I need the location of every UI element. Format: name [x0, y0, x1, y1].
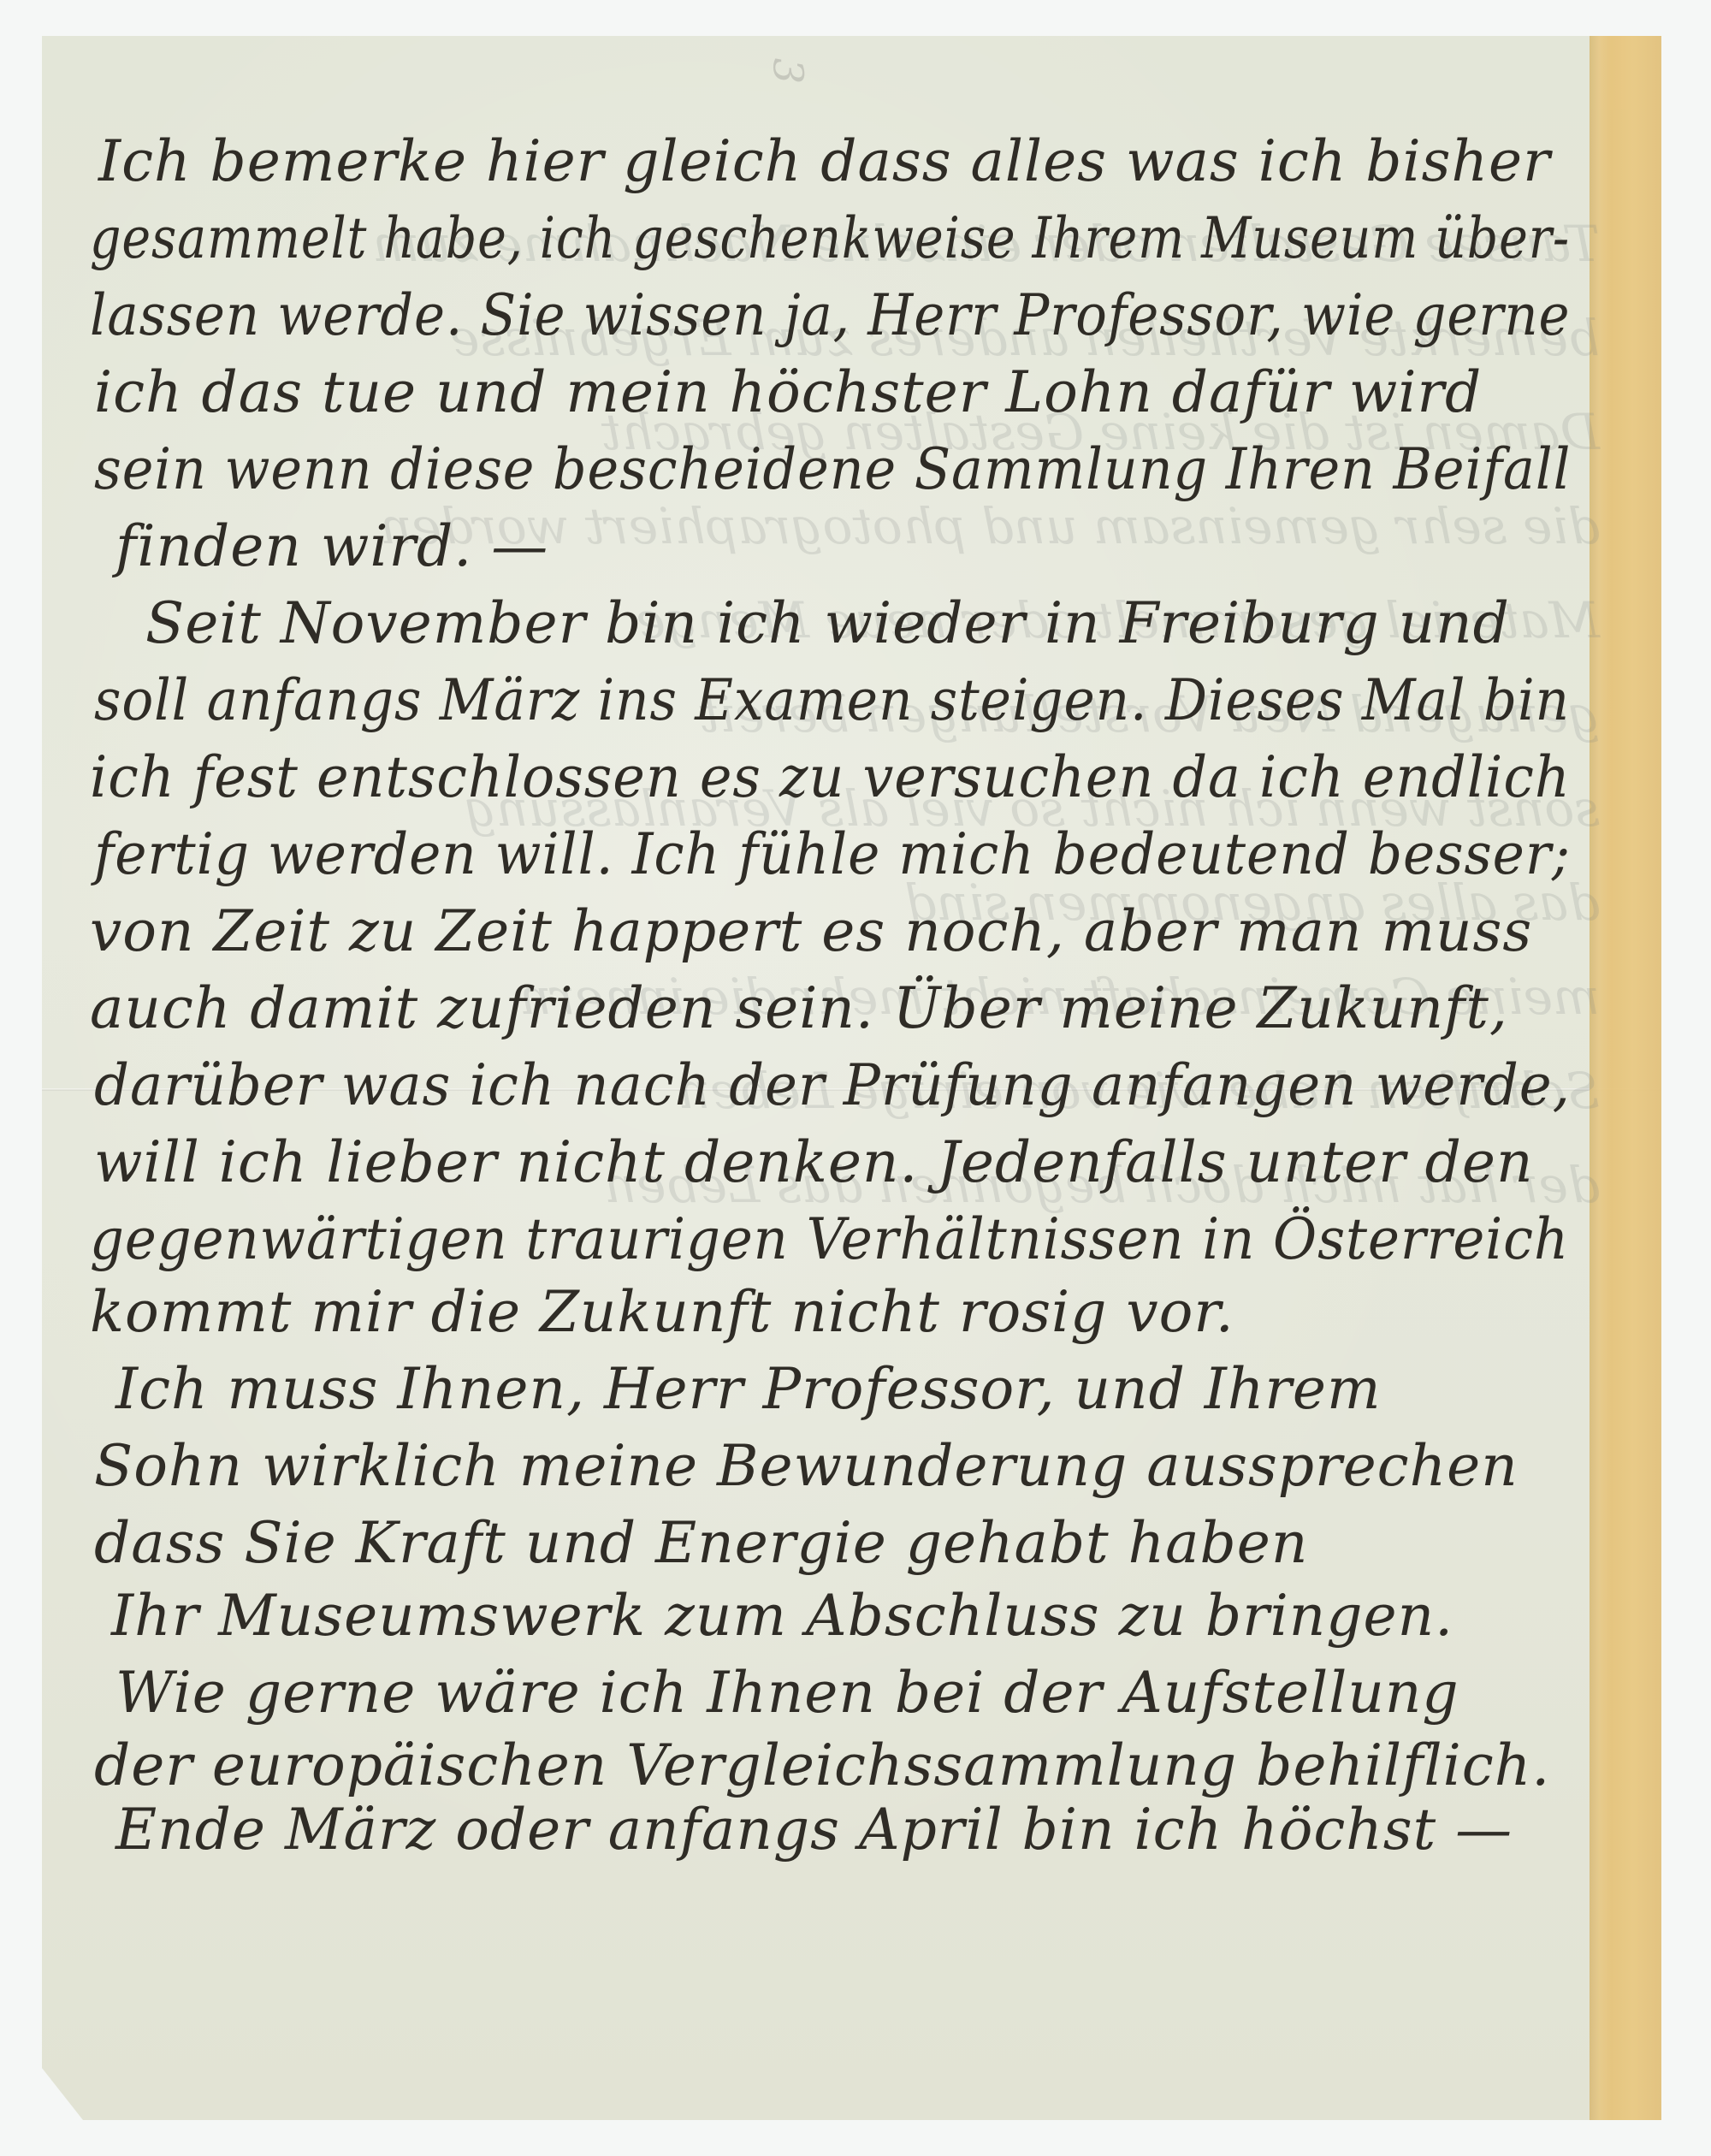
letter-line: von Zeit zu Zeit happert es noch, aber m…: [90, 898, 1532, 964]
letter-line: Wie gerne wäre ich Ihnen bei der Aufstel…: [115, 1660, 1459, 1726]
letter-line: Seit November bin ich wieder in Freiburg…: [145, 590, 1510, 656]
letter-line: auch damit zufrieden sein. Über meine Zu…: [90, 975, 1508, 1041]
letter-line: sein wenn diese bescheidene Sammlung Ihr…: [94, 436, 1571, 502]
letter-line: ich das tue und mein höchster Lohn dafür…: [94, 359, 1482, 425]
letter-line: Sohn wirklich meine Bewunderung aussprec…: [94, 1433, 1519, 1499]
letter-line: soll anfangs März ins Examen steigen. Di…: [94, 667, 1570, 733]
tape-strip: [1590, 36, 1661, 2120]
page-number: 3: [763, 58, 811, 85]
letter-line: finden wird. —: [115, 513, 548, 579]
letter-line: fertig werden will. Ich fühle mich bedeu…: [94, 821, 1571, 887]
letter-line: gegenwärtigen traurigen Verhältnissen in…: [90, 1206, 1569, 1272]
letter-line: darüber was ich nach der Prüfung anfange…: [94, 1052, 1571, 1118]
letter-line: Ich bemerke hier gleich dass alles was i…: [98, 128, 1551, 194]
letter-line: Ende März oder anfangs April bin ich höc…: [115, 1797, 1513, 1863]
letter-line: will ich lieber nicht denken. Jedenfalls…: [94, 1129, 1534, 1195]
letter-line: Ich muss Ihnen, Herr Professor, und Ihre…: [115, 1356, 1382, 1422]
letter-line: der europäischen Vergleichssammlung behi…: [94, 1732, 1550, 1798]
letter-line: Ihr Museumswerk zum Abschluss zu bringen…: [111, 1583, 1453, 1649]
letter-line: gesammelt habe, ich geschenkweise Ihrem …: [90, 205, 1570, 271]
letter-line: lassen werde. Sie wissen ja, Herr Profes…: [90, 282, 1570, 348]
letter-line: ich fest entschlossen es zu versuchen da…: [90, 744, 1571, 810]
letter-line: kommt mir die Zukunft nicht rosig vor.: [90, 1279, 1234, 1345]
letter-line: dass Sie Kraft und Energie gehabt haben: [94, 1510, 1308, 1576]
scanned-letter-page: Tausee Gestalten oder einzelne Nachnahme…: [0, 0, 1711, 2156]
